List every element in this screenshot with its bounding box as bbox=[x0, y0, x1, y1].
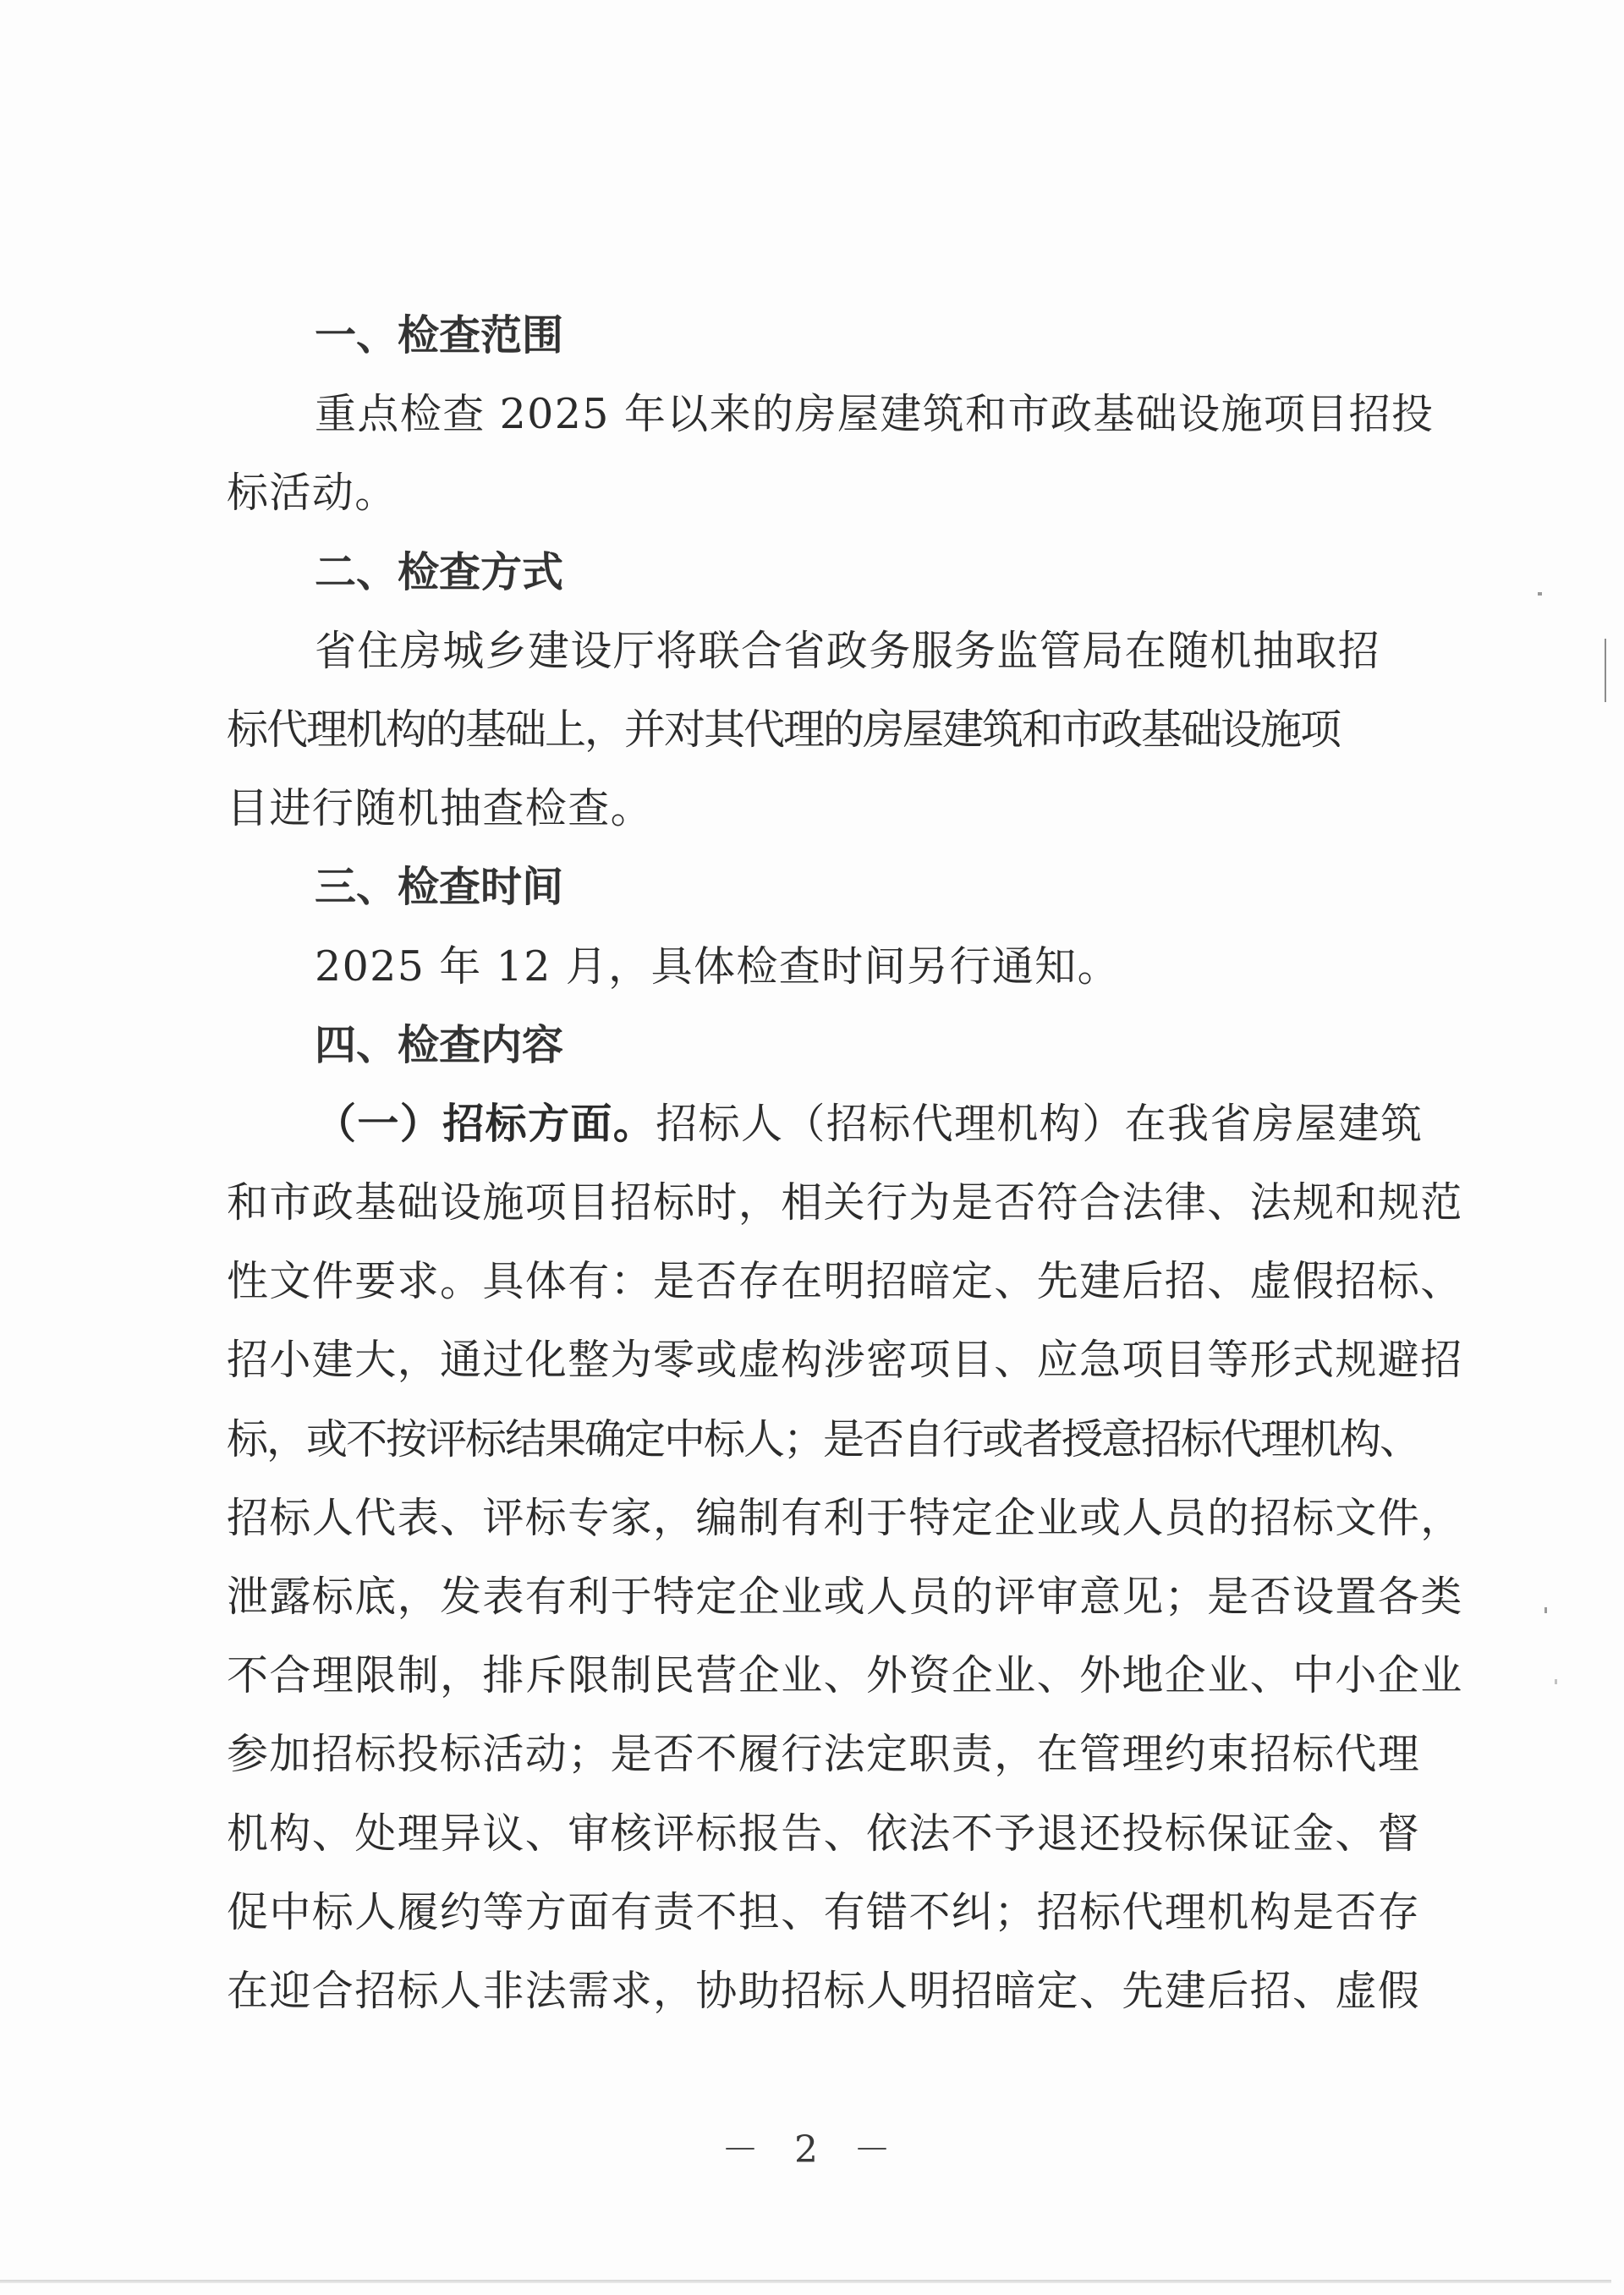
paragraph-line: 招小建大，通过化整为零或虚构涉密项目、应急项目等形式规避招 bbox=[227, 1320, 1423, 1399]
document-body: 一、检查范围 重点检查 2025 年以来的房屋建筑和市政基础设施项目招投 标活动… bbox=[227, 296, 1423, 2030]
scan-artifact bbox=[1538, 592, 1542, 596]
page-bottom-edge bbox=[0, 2280, 1611, 2283]
paragraph-line: 和市政基础设施项目招标时，相关行为是否符合法律、法规和规范 bbox=[227, 1163, 1423, 1242]
paragraph-line: 促中标人履约等方面有责不担、有错不纠；招标代理机构是否存 bbox=[227, 1873, 1423, 1952]
page-number: － 2 － bbox=[0, 2119, 1624, 2173]
section-heading-method: 二、检查方式 bbox=[227, 533, 1423, 612]
paragraph-line: 不合理限制，排斥限制民营企业、外资企业、外地企业、中小企业 bbox=[227, 1636, 1423, 1715]
paragraph-line: 标代理机构的基础上，并对其代理的房屋建筑和市政基础设施项 bbox=[227, 690, 1423, 769]
document-page: 一、检查范围 重点检查 2025 年以来的房屋建筑和市政基础设施项目招投 标活动… bbox=[0, 0, 1624, 2295]
paragraph-line: 参加招标投标活动；是否不履行法定职责，在管理约束招标代理 bbox=[227, 1715, 1423, 1793]
paragraph-line: 省住房城乡建设厅将联合省政务服务监管局在随机抽取招 bbox=[227, 612, 1423, 690]
subsection-first-line: （一）招标方面。招标人（招标代理机构）在我省房屋建筑 bbox=[227, 1084, 1423, 1163]
subsection-title-bidding: （一）招标方面。 bbox=[315, 1100, 656, 1148]
paragraph-line: 机构、处理异议、审核评标报告、依法不予退还投标保证金、督 bbox=[227, 1794, 1423, 1873]
subsection-text: 招标人（招标代理机构）在我省房屋建筑 bbox=[656, 1100, 1423, 1148]
paragraph-line: 性文件要求。具体有：是否存在明招暗定、先建后招、虚假招标、 bbox=[227, 1242, 1423, 1320]
section-heading-content: 四、检查内容 bbox=[227, 1006, 1423, 1084]
paragraph-line: 重点检查 2025 年以来的房屋建筑和市政基础设施项目招投 bbox=[227, 375, 1423, 453]
scan-artifact bbox=[1605, 639, 1606, 702]
paragraph-line: 在迎合招标人非法需求，协助招标人明招暗定、先建后招、虚假 bbox=[227, 1952, 1423, 2030]
paragraph-line: 标活动。 bbox=[227, 453, 1423, 532]
section-heading-scope: 一、检查范围 bbox=[227, 296, 1423, 375]
paragraph-line: 目进行随机抽查检查。 bbox=[227, 769, 1423, 848]
paragraph-line: 泄露标底，发表有利于特定企业或人员的评审意见；是否设置各类 bbox=[227, 1557, 1423, 1636]
section-heading-time: 三、检查时间 bbox=[227, 848, 1423, 926]
paragraph-line: 2025 年 12 月，具体检查时间另行通知。 bbox=[227, 927, 1423, 1006]
scan-artifact bbox=[1544, 1607, 1547, 1613]
paragraph-line: 标，或不按评标结果确定中标人；是否自行或者授意招标代理机构、 bbox=[227, 1400, 1423, 1479]
scan-artifact bbox=[1555, 1679, 1557, 1684]
paragraph-line: 招标人代表、评标专家，编制有利于特定企业或人员的招标文件， bbox=[227, 1479, 1423, 1557]
